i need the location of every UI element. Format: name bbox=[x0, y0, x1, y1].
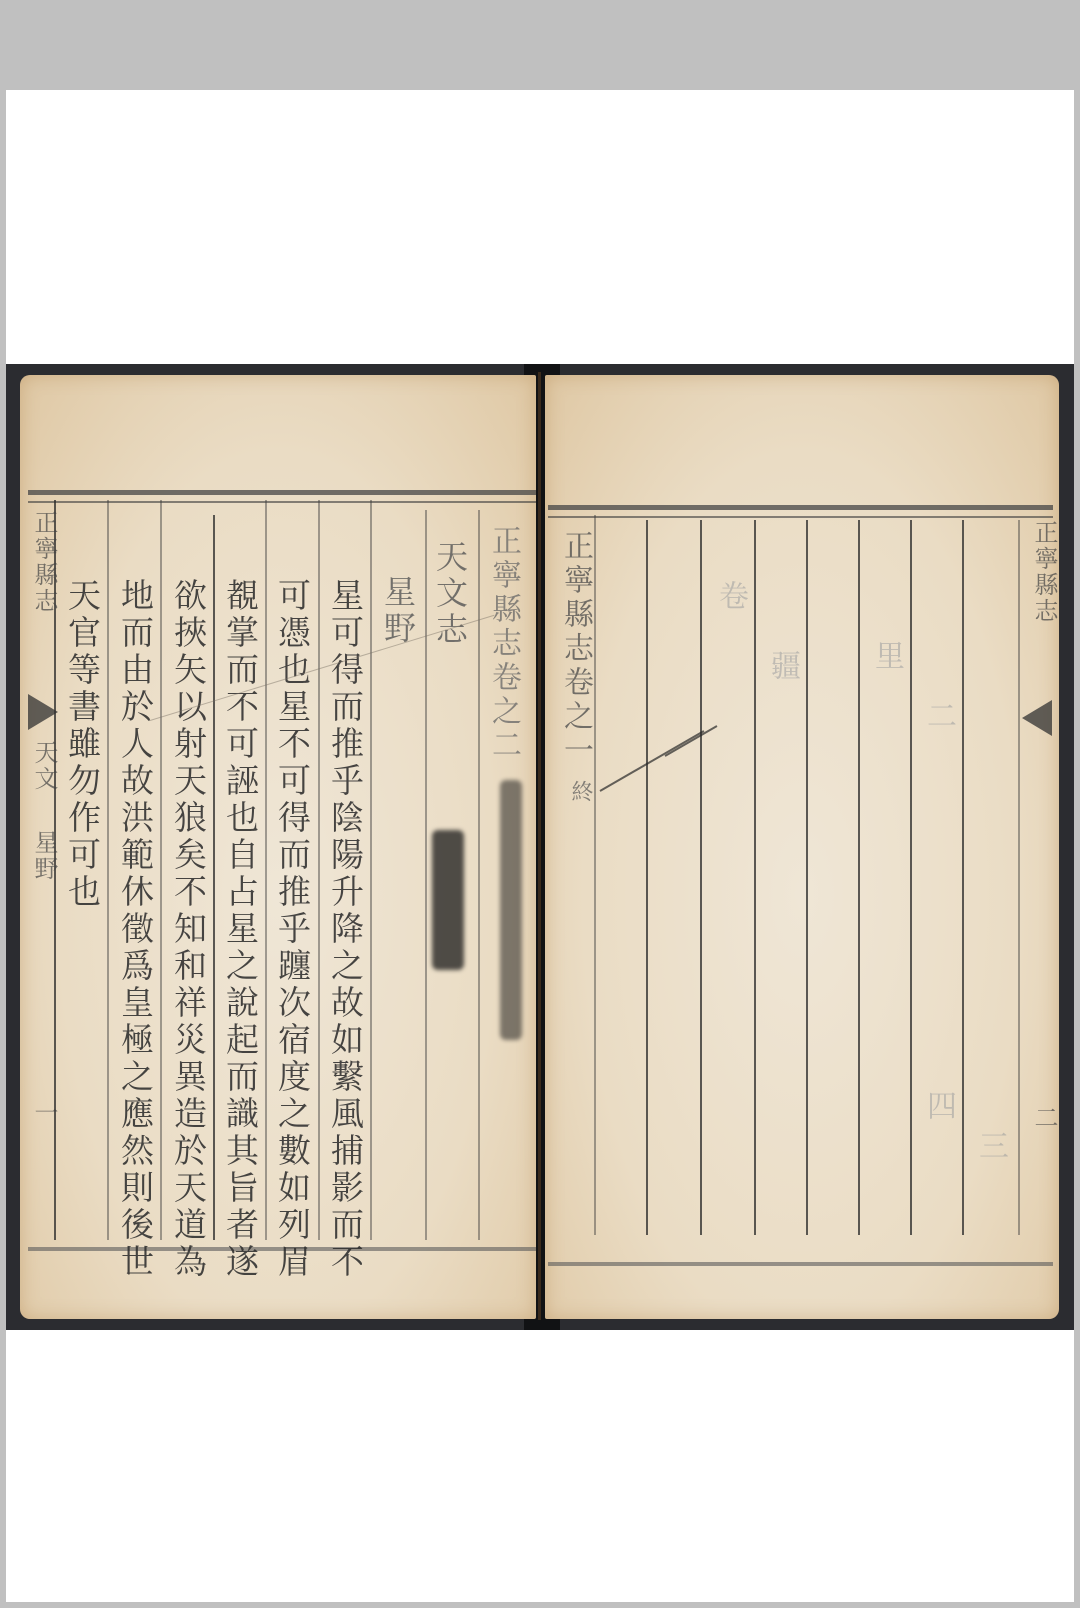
fishtail-mark bbox=[1022, 700, 1052, 736]
margin-section: 星野 bbox=[24, 830, 64, 882]
text-column: 星可得而推乎陰陽升降之故如繫風捕影而不 bbox=[325, 578, 365, 1281]
text-column: 可憑也星不可得而推乎躔次宿度之數如列眉 bbox=[272, 578, 312, 1281]
faded-text: 疆 bbox=[762, 650, 802, 684]
faded-text: 三 bbox=[970, 1130, 1010, 1164]
section-title: 星野 bbox=[378, 575, 418, 647]
margin-page-number: 一 bbox=[24, 1100, 64, 1126]
end-mark: 終 bbox=[560, 780, 600, 806]
ink-blot bbox=[432, 830, 464, 970]
column-rule bbox=[425, 510, 427, 1240]
volume-heading: 正寧縣志卷之二 bbox=[483, 525, 523, 763]
faded-text: 卷 bbox=[710, 580, 750, 614]
text-column: 欲挾矢以射天狼矣不知和祥災異造於天道為 bbox=[168, 578, 208, 1281]
margin-page-number: 二 bbox=[1024, 1105, 1064, 1131]
margin-title: 正寧縣志 bbox=[24, 510, 64, 614]
column-rule bbox=[370, 500, 372, 1240]
column-rule bbox=[646, 520, 648, 1235]
column-rule bbox=[858, 520, 860, 1235]
page-fold bbox=[538, 372, 541, 1320]
column-rule bbox=[265, 500, 267, 1240]
column-rule bbox=[754, 520, 756, 1235]
fishtail-mark bbox=[28, 694, 58, 730]
column-rule bbox=[700, 520, 702, 1235]
faded-text: 四 bbox=[918, 1090, 958, 1124]
column-rule bbox=[107, 500, 109, 1240]
column-rule bbox=[1018, 520, 1020, 1235]
ink-blot bbox=[500, 780, 522, 1040]
text-column: 地而由於人故洪範休徵爲皇極之應然則後世 bbox=[115, 578, 155, 1281]
column-rule bbox=[806, 520, 808, 1235]
text-column: 覩掌而不可誣也自占星之說起而識其旨者遂 bbox=[220, 578, 260, 1281]
margin-chapter: 天文 bbox=[24, 740, 64, 792]
column-rule bbox=[962, 520, 964, 1235]
volume-heading: 正寧縣志卷之一 bbox=[555, 530, 595, 768]
column-rule bbox=[160, 500, 162, 1240]
faded-text: 二 bbox=[918, 700, 958, 734]
column-rule bbox=[213, 515, 215, 1240]
faded-text: 里 bbox=[866, 640, 906, 674]
column-rule bbox=[318, 500, 320, 1240]
margin-title: 正寧縣志 bbox=[1024, 520, 1064, 624]
text-column: 天官等書雖勿作可也 bbox=[62, 578, 102, 911]
column-rule bbox=[910, 520, 912, 1235]
